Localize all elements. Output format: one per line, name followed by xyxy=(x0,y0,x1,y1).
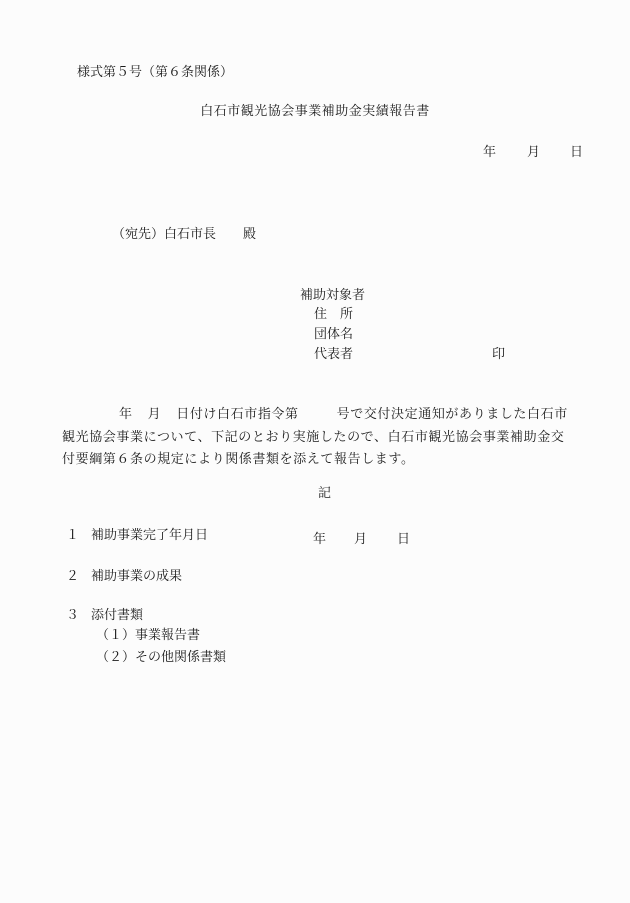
item-number: ３ xyxy=(66,608,79,623)
applicant-organization-label: 団体名 xyxy=(314,327,353,343)
body-line-1: 年月日付け白石市指令第号で交付決定通知がありました白石市 xyxy=(62,404,582,427)
report-body-paragraph: 年月日付け白石市指令第号で交付決定通知がありました白石市 観光協会事業について、… xyxy=(62,404,582,472)
completion-day-label: 日 xyxy=(397,528,410,547)
document-title: 白石市観光協会事業補助金実績報告書 xyxy=(0,104,630,120)
body-line1-rest: 号で交付決定通知がありました白石市 xyxy=(337,407,568,422)
body-day-text: 日付け白石市指令第 xyxy=(176,407,298,422)
body-line-3: 付要綱第６条の規定により関係書類を添えて報告します。 xyxy=(62,449,582,472)
ki-heading: 記 xyxy=(318,486,331,502)
applicant-label: 補助対象者 xyxy=(300,288,365,304)
item-number: ２ xyxy=(66,569,79,584)
completion-year-label: 年 xyxy=(313,528,326,547)
body-line-2: 観光協会事業について、下記のとおり実施したので、白石市観光協会事業補助金交 xyxy=(62,427,582,450)
seal-mark: 印 xyxy=(492,347,505,363)
attachment-business-report: （１）事業報告書 xyxy=(96,628,200,644)
addressee: （宛先）白石市長 殿 xyxy=(112,227,216,243)
body-month-label: 月 xyxy=(148,407,162,422)
item-results: ２ 補助事業の成果 xyxy=(66,569,79,585)
item-label: 補助事業の成果 xyxy=(91,569,182,585)
item-attachments: ３ 添付書類 xyxy=(66,608,79,624)
form-number: 様式第５号（第６条関係） xyxy=(77,65,233,81)
addressee-honorific: 殿 xyxy=(243,227,256,243)
applicant-representative-label: 代表者 xyxy=(314,347,353,363)
attachment-other-documents: （２）その他関係書類 xyxy=(96,650,226,666)
submission-date: 年 月 日 xyxy=(0,145,630,161)
completion-month-label: 月 xyxy=(354,528,367,547)
completion-date: 年 月 日 xyxy=(0,528,630,544)
date-day-label: 日 xyxy=(570,145,583,161)
applicant-address-label: 住 所 xyxy=(314,307,353,323)
date-month-label: 月 xyxy=(527,145,540,161)
body-year-label: 年 xyxy=(119,407,133,422)
addressee-name: （宛先）白石市長 xyxy=(112,227,216,242)
date-year-label: 年 xyxy=(483,145,496,161)
item-label: 添付書類 xyxy=(91,608,143,624)
